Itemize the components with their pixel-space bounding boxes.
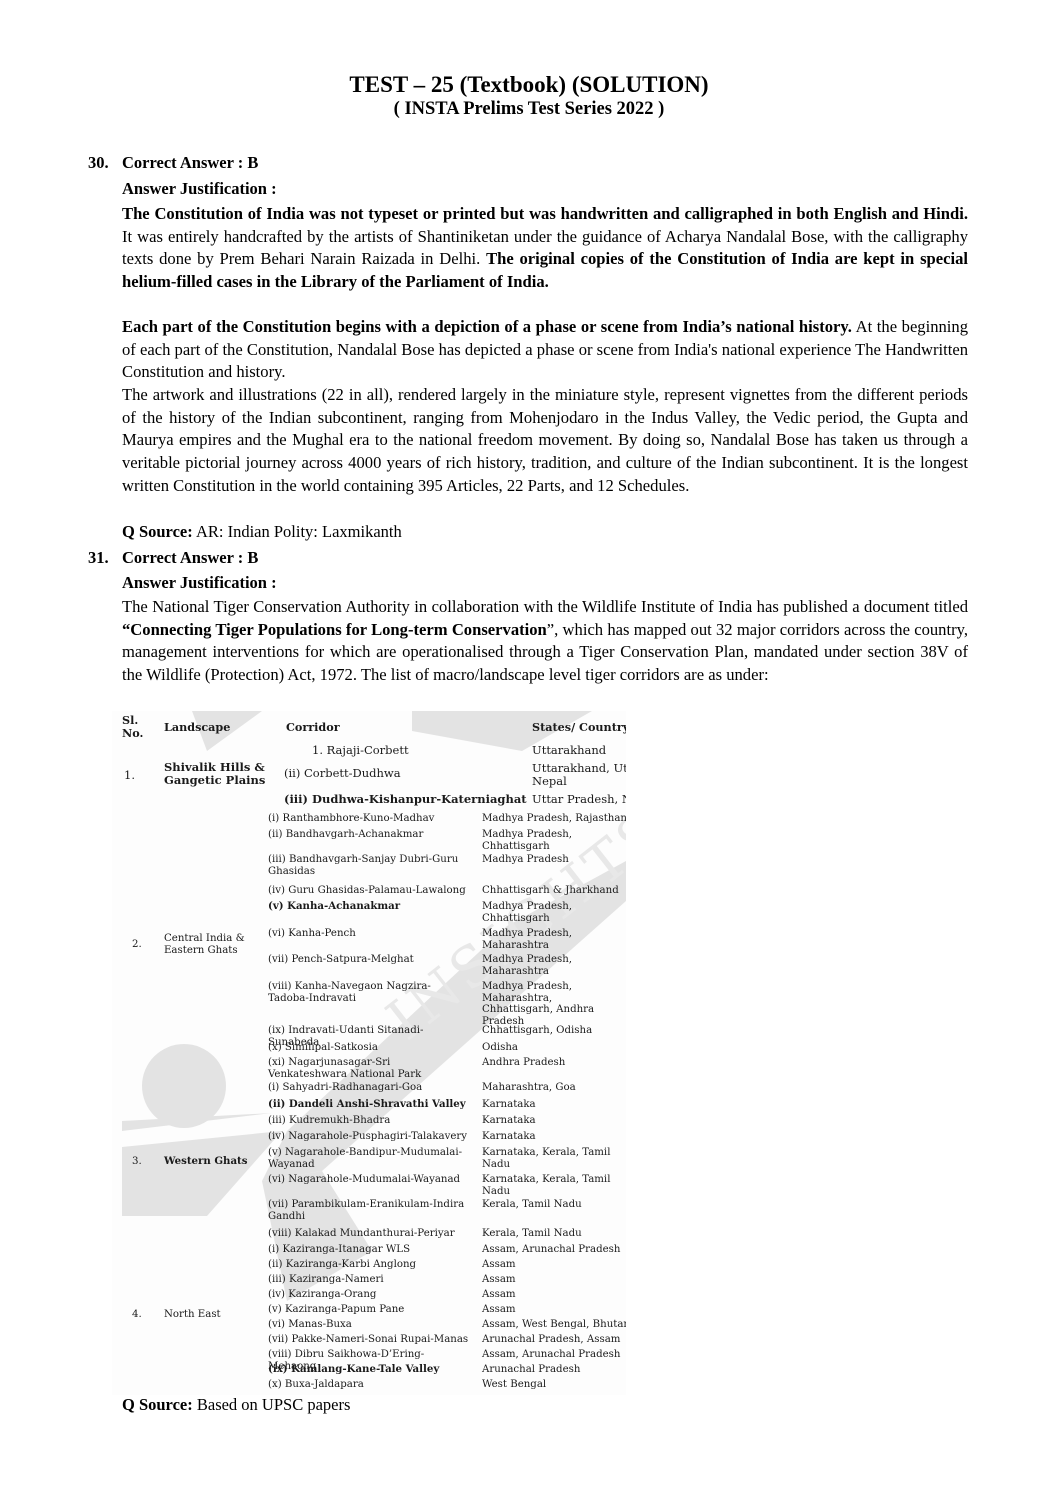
corridor-name: (iii) Dudhwa-Kishanpur-Katerniaghat — [284, 793, 527, 806]
corridor-name: (i) Kaziranga-Itanagar WLS — [268, 1244, 410, 1256]
corridor-states: Karnataka — [482, 1131, 536, 1143]
corridor-states: Karnataka — [482, 1099, 536, 1111]
corridor-states: Maharashtra, Goa — [482, 1082, 576, 1094]
corridor-states: Andhra Pradesh — [482, 1057, 565, 1069]
row-sl-no: 3. — [132, 1156, 142, 1168]
bold-text-run: “Connecting Tiger Populations for Long-t… — [122, 620, 547, 639]
text-run: The artwork and illustrations (22 in all… — [122, 385, 968, 495]
corridor-states: Odisha — [482, 1042, 518, 1054]
question-number: 31. — [88, 547, 109, 569]
corridor-states: Chhattisgarh & Jharkhand — [482, 885, 619, 897]
corridor-states: Assam — [482, 1304, 516, 1316]
row-landscape: North East — [164, 1309, 221, 1321]
row-sl-no: 1. — [124, 769, 135, 782]
corridor-name: (ii) Dandeli Anshi-Shravathi Valley — [268, 1099, 466, 1111]
justification-paragraph: Each part of the Constitution begins wit… — [122, 316, 968, 384]
corridor-states: Madhya Pradesh, Maharashtra, Chhattisgar… — [482, 981, 622, 1027]
corridor-name: (v) Kanha-Achanakmar — [268, 901, 400, 913]
page-subtitle: ( INSTA Prelims Test Series 2022 ) — [0, 98, 1058, 120]
question-source-text: AR: Indian Polity: Laxmikanth — [193, 522, 402, 541]
corridor-name: (x) Buxa-Jaldapara — [268, 1379, 364, 1391]
corridor-states: Uttar Pradesh, Nepal — [532, 793, 626, 806]
corridor-name: (ii) Corbett-Dudhwa — [284, 767, 401, 780]
corridor-states: Assam, West Bengal, Bhutan — [482, 1319, 626, 1331]
corridor-states: Assam — [482, 1259, 516, 1271]
corridor-name: (v) Nagarahole-Bandipur-Mudumalai-Wayana… — [268, 1147, 468, 1170]
corridor-name: (iv) Nagarahole-Pusphagiri-Talakavery — [268, 1131, 468, 1143]
corridor-name: (i) Ranthambhore-Kuno-Madhav — [268, 813, 434, 825]
corridor-name: 1. Rajaji-Corbett — [312, 744, 409, 757]
corridor-states: Assam — [482, 1289, 516, 1301]
corridor-name: (iv) Kaziranga-Orang — [268, 1289, 376, 1301]
question-source: Q Source: Based on UPSC papers — [122, 1394, 350, 1416]
corridor-name: (vi) Nagarahole-Mudumalai-Wayanad — [268, 1174, 460, 1186]
bold-text-run: The Constitution of India was not typese… — [122, 204, 968, 223]
page-title: TEST – 25 (Textbook) (SOLUTION) — [0, 72, 1058, 98]
corridor-states: Madhya Pradesh, Rajasthan — [482, 813, 626, 825]
row-sl-no: 4. — [132, 1309, 142, 1321]
correct-answer: Correct Answer : B — [122, 547, 258, 569]
justification-paragraph: The National Tiger Conservation Authorit… — [122, 596, 968, 687]
answer-justification-label: Answer Justification : — [122, 572, 277, 594]
column-header-landscape: Landscape — [164, 721, 230, 734]
question-source-text: Based on UPSC papers — [193, 1395, 351, 1414]
corridor-states: Arunachal Pradesh — [482, 1364, 580, 1376]
corridor-states: Kerala, Tamil Nadu — [482, 1199, 582, 1211]
tiger-corridor-table: INSIGHTS Sl. No.LandscapeCorridorStates/… — [112, 711, 626, 1395]
corridor-states: Assam — [482, 1274, 516, 1286]
corridor-name: (v) Kaziranga-Papum Pane — [268, 1304, 404, 1316]
question-number: 30. — [88, 152, 109, 174]
corridor-name: (iii) Kaziranga-Nameri — [268, 1274, 384, 1286]
question-source: Q Source: AR: Indian Polity: Laxmikanth — [122, 521, 402, 543]
corridor-name: (xi) Nagarjunasagar-Sri Venkateshwara Na… — [268, 1057, 468, 1080]
corridor-states: Kerala, Tamil Nadu — [482, 1228, 582, 1240]
corridor-states: Madhya Pradesh, Maharashtra — [482, 954, 622, 977]
corridor-states: Karnataka, Kerala, Tamil Nadu — [482, 1147, 622, 1170]
row-landscape: Shivalik Hills & Gangetic Plains — [164, 761, 279, 787]
corridor-name: (viii) Kalakad Mundanthurai-Periyar — [268, 1228, 455, 1240]
corridor-states: Arunachal Pradesh, Assam — [482, 1334, 620, 1346]
corridor-states: Madhya Pradesh — [482, 854, 569, 866]
corridor-name: (iv) Guru Ghasidas-Palamau-Lawalong — [268, 885, 466, 897]
corridor-name: (vii) Parambikulam-Eranikulam-Indira Gan… — [268, 1199, 468, 1222]
corridor-name: (x) Similipal-Satkosia — [268, 1042, 378, 1054]
corridor-states: West Bengal — [482, 1379, 546, 1391]
corridor-states: Uttarakhand, Uttar Pradesh, Nepal — [532, 762, 626, 788]
corridor-states: Chhattisgarh, Odisha — [482, 1025, 592, 1037]
corridor-name: (viii) Kanha-Navegaon Nagzira-Tadoba-Ind… — [268, 981, 468, 1004]
column-header-corridor: Corridor — [286, 721, 340, 734]
corridor-states: Madhya Pradesh, Chhattisgarh — [482, 901, 622, 924]
justification-paragraph: The artwork and illustrations (22 in all… — [122, 384, 968, 498]
corridor-name: (vi) Kanha-Pench — [268, 928, 356, 940]
text-run: The National Tiger Conservation Authorit… — [122, 597, 968, 616]
corridor-states: Karnataka — [482, 1115, 536, 1127]
corridor-name: (ii) Bandhavgarh-Achanakmar — [268, 829, 423, 841]
corridor-name: (ii) Kaziranga-Karbi Anglong — [268, 1259, 416, 1271]
corridor-states: Uttarakhand — [532, 744, 606, 757]
column-header-states: States/ Country — [532, 721, 626, 734]
justification-paragraph: The Constitution of India was not typese… — [122, 203, 968, 294]
row-landscape: Central India & Eastern Ghats — [164, 933, 254, 956]
corridor-states: Karnataka, Kerala, Tamil Nadu — [482, 1174, 622, 1197]
row-landscape: Western Ghats — [164, 1156, 247, 1168]
corridor-name: (vii) Pakke-Nameri-Sonai Rupai-Manas — [268, 1334, 468, 1346]
question-source-label: Q Source: — [122, 522, 193, 541]
answer-justification-label: Answer Justification : — [122, 178, 277, 200]
corridor-states: Madhya Pradesh, Maharashtra — [482, 928, 622, 951]
bold-text-run: Each part of the Constitution begins wit… — [122, 317, 852, 336]
corridor-states: Assam, Arunachal Pradesh — [482, 1349, 620, 1361]
corridor-name: (vi) Manas-Buxa — [268, 1319, 352, 1331]
corridor-name: (iii) Bandhavgarh-Sanjay Dubri-Guru Ghas… — [268, 854, 468, 877]
corridor-states: Assam, Arunachal Pradesh — [482, 1244, 620, 1256]
corridor-name: (iii) Kudremukh-Bhadra — [268, 1115, 390, 1127]
corridor-name: (ix) Kamlang-Kane-Tale Valley — [268, 1364, 439, 1376]
column-header-sl-no: Sl. No. — [122, 714, 152, 739]
question-source-label: Q Source: — [122, 1395, 193, 1414]
corridor-name: (vii) Pench-Satpura-Melghat — [268, 954, 414, 966]
corridor-name: (i) Sahyadri-Radhanagari-Goa — [268, 1082, 422, 1094]
row-sl-no: 2. — [132, 939, 142, 951]
corridor-states: Madhya Pradesh, Chhattisgarh — [482, 829, 622, 852]
correct-answer: Correct Answer : B — [122, 152, 258, 174]
